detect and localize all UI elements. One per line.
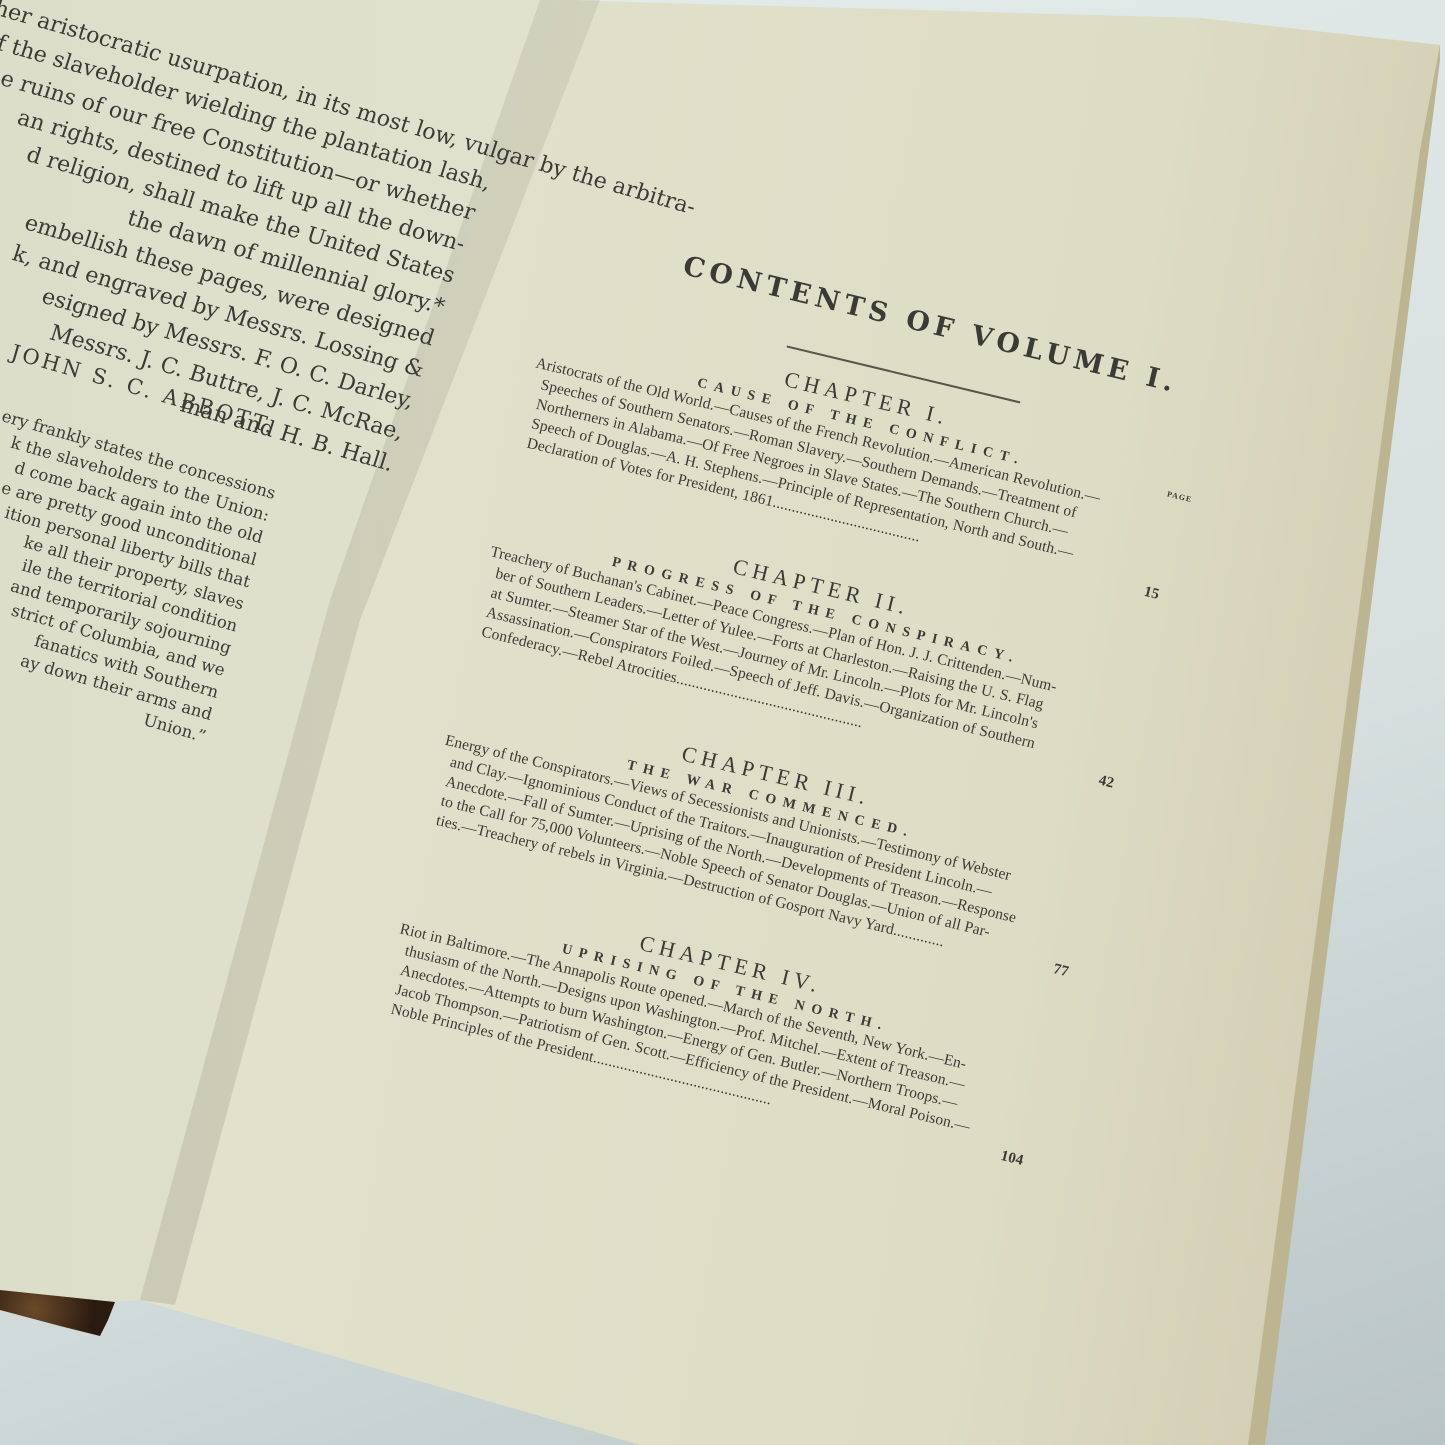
page-number: 77 bbox=[1051, 959, 1070, 982]
page-number: 15 bbox=[1142, 581, 1161, 604]
page-number: 42 bbox=[1097, 770, 1116, 793]
